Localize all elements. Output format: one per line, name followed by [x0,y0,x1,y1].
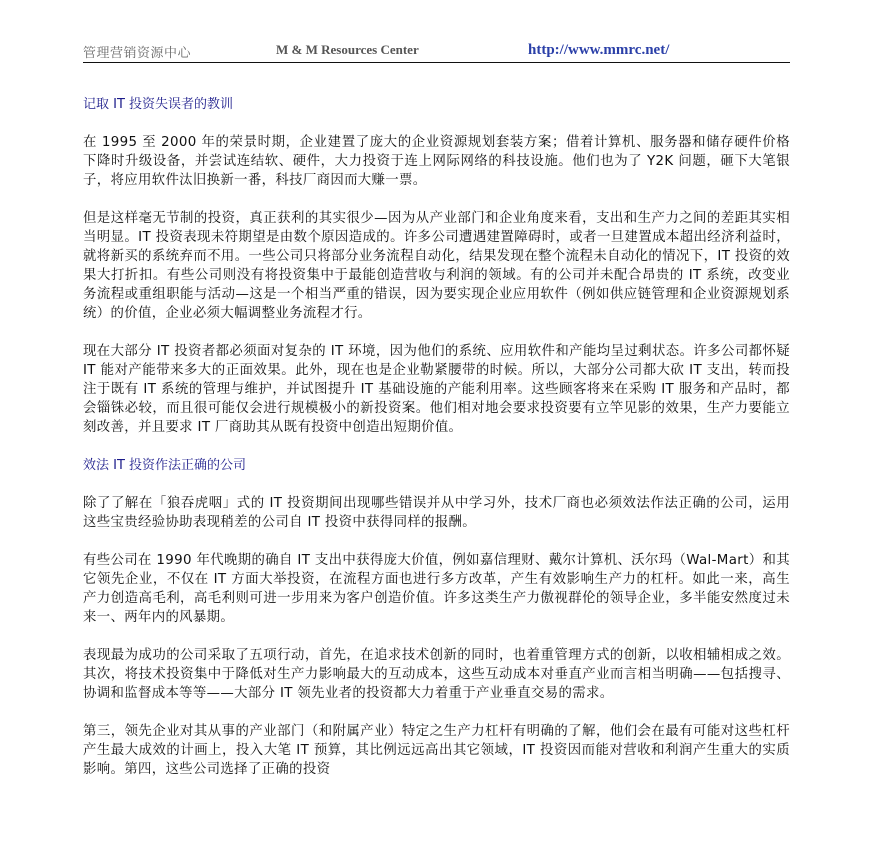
paragraph: 第三，领先企业对其从事的产业部门（和附属产业）特定之生产力杠杆有明确的了解，他们… [83,722,790,779]
document-page: 管理营销资源中心 M & M Resources Center http://w… [0,0,870,842]
section-heading-best-practices: 效法 IT 投资作法正确的公司 [83,456,790,475]
document-body: 记取 IT 投资失误者的教训 在 1995 至 2000 年的荣景时期，企业建置… [83,95,790,798]
org-name-chinese: 管理营销资源中心 [83,42,191,61]
page-header: 管理营销资源中心 M & M Resources Center http://w… [83,40,790,63]
paragraph: 有些公司在 1990 年代晚期的确自 IT 支出中获得庞大价值，例如嘉信理财、戴… [83,551,790,627]
website-link[interactable]: http://www.mmrc.net/ [528,42,669,59]
paragraph: 表现最为成功的公司采取了五项行动，首先，在追求技术创新的同时，也着重管理方式的创… [83,646,790,703]
paragraph: 在 1995 至 2000 年的荣景时期，企业建置了庞大的企业资源规划套装方案；… [83,133,790,190]
paragraph: 除了了解在「狼吞虎咽」式的 IT 投资期间出现哪些错误并从中学习外，技术厂商也必… [83,494,790,532]
paragraph: 但是这样毫无节制的投资，真正获利的其实很少—因为从产业部门和企业角度来看，支出和… [83,209,790,323]
section-heading-lessons: 记取 IT 投资失误者的教训 [83,95,790,114]
paragraph: 现在大部分 IT 投资者都必须面对复杂的 IT 环境，因为他们的系统、应用软件和… [83,342,790,437]
org-name-english: M & M Resources Center [276,42,419,58]
